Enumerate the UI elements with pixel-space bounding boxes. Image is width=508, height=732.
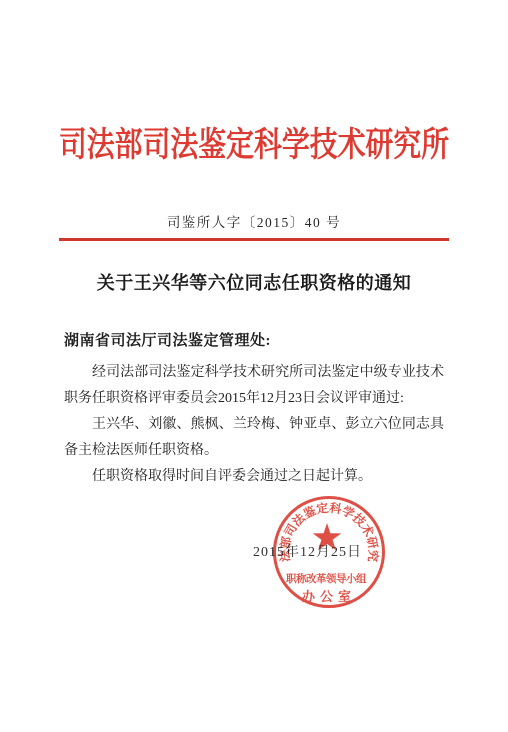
red-star-icon (313, 523, 342, 550)
addressee-line: 湖南省司法厅司法鉴定管理处: (64, 329, 508, 350)
seal-arc-text: 司法部司法鉴定科学技术研究所 (259, 482, 381, 563)
body-paragraph-1: 经司法部司法鉴定科学技术研究所司法鉴定中级专业技术职务任职资格评审委员会2015… (64, 360, 444, 412)
seal-group-text: 职称改革领导小组 (286, 572, 367, 585)
header-divider-line (59, 238, 449, 241)
seal-arc-text-wrap: 司法部司法鉴定科学技术研究所 (259, 482, 381, 563)
doc-number: 司鉴所人字〔2015〕40 号 (0, 211, 508, 231)
org-name-heading: 司法部司法鉴定科学技术研究所 (59, 126, 449, 167)
body-paragraph-2: 王兴华、刘徽、熊枫、兰玲梅、钟亚卓、彭立六位同志具备主检法医师任职资格。 (64, 412, 444, 464)
document-body: 经司法部司法鉴定科学技术研究所司法鉴定中级专业技术职务任职资格评审委员会2015… (64, 360, 444, 490)
document-header: 司法部司法鉴定科学技术研究所 (0, 0, 508, 167)
seal-office-text: 办公室 (302, 589, 356, 604)
official-seal: 司法部司法鉴定科学技术研究所 职称改革领导小组 办公室 (259, 482, 399, 622)
document-page: 司法部司法鉴定科学技术研究所 司鉴所人字〔2015〕40 号 关于王兴华等六位同… (0, 0, 508, 732)
document-title: 关于王兴华等六位同志任职资格的通知 (0, 269, 508, 295)
